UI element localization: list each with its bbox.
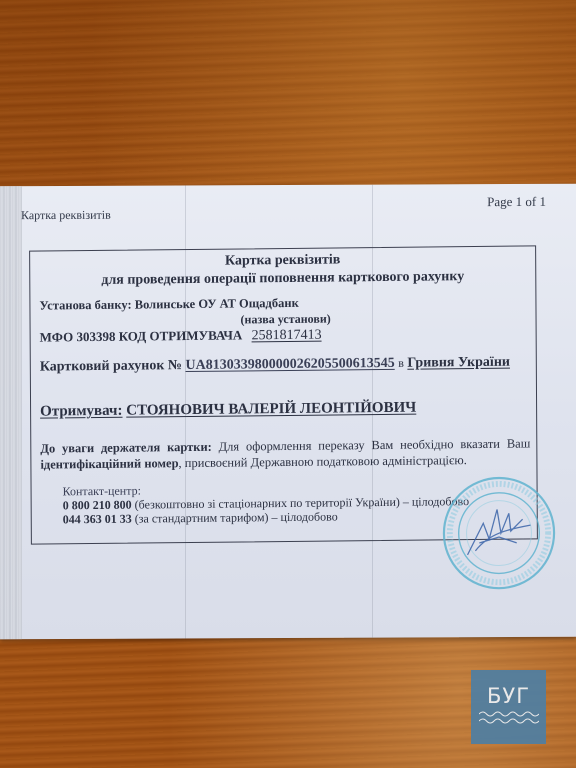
notice-text: Для оформлення переказу Вам необхідно вк… [219, 436, 531, 453]
bank-name: Волинське ОУ АТ Ощадбанк [135, 296, 299, 312]
watermark-logo: БУГ [471, 670, 546, 744]
contact-note: (за стандартним тарифом) – цілодобово [135, 509, 338, 525]
account-row: Картковий рахунок № UA813033980000026205… [40, 353, 530, 375]
recipient-row: Отримувач: СТОЯНОВИЧ ВАЛЕРІЙ ЛЕОНТІЙОВИЧ [40, 400, 416, 421]
recipient-code-label: КОД ОТРИМУВАЧА [119, 327, 243, 343]
document-sheet: Картка реквізитів Page 1 of 1 Картка рек… [0, 184, 576, 640]
contact-center: Контакт-центр: 0 800 210 800 (безкоштовн… [63, 480, 470, 526]
mfo-label: МФО [40, 329, 74, 344]
mfo-value: 303398 [76, 329, 115, 344]
contact-phone: 0 800 210 800 [63, 498, 132, 513]
contact-phone: 044 363 01 33 [63, 512, 132, 527]
contact-line: 044 363 01 33 (за стандартним тарифом) –… [63, 508, 469, 526]
notice-text-end: , присвоєний Державною податковою адміні… [178, 453, 466, 470]
recipient-name: СТОЯНОВИЧ ВАЛЕРІЙ ЛЕОНТІЙОВИЧ [126, 400, 416, 419]
bank-row: Установа банку: Волинське ОУ АТ Ощадбанк [39, 296, 298, 314]
bank-label: Установа банку: [39, 298, 131, 313]
document-header-title: Картка реквізитів [21, 208, 111, 223]
account-number: UA813033980000026205500613545 [185, 356, 394, 373]
cardholder-notice: До уваги держателя картки: Для оформленн… [40, 435, 530, 472]
mfo-row: МФО 303398 КОД ОТРИМУВАЧА 2581817413 [40, 327, 322, 347]
currency: Гривня України [407, 355, 510, 371]
recipient-label: Отримувач: [40, 403, 122, 420]
account-label: Картковий рахунок № [40, 358, 182, 374]
notice-id-number: ідентифікаційний номер [40, 456, 178, 471]
bank-note: (назва установи) [240, 312, 330, 328]
perforated-edge [0, 186, 22, 639]
currency-prefix: в [398, 356, 404, 370]
official-seal-icon [440, 474, 558, 593]
waves-icon [479, 710, 539, 724]
notice-label: До уваги держателя картки: [40, 440, 212, 456]
recipient-code-value: 2581817413 [251, 328, 321, 344]
watermark-text: БУГ [487, 684, 530, 708]
page-indicator: Page 1 of 1 [487, 194, 546, 210]
